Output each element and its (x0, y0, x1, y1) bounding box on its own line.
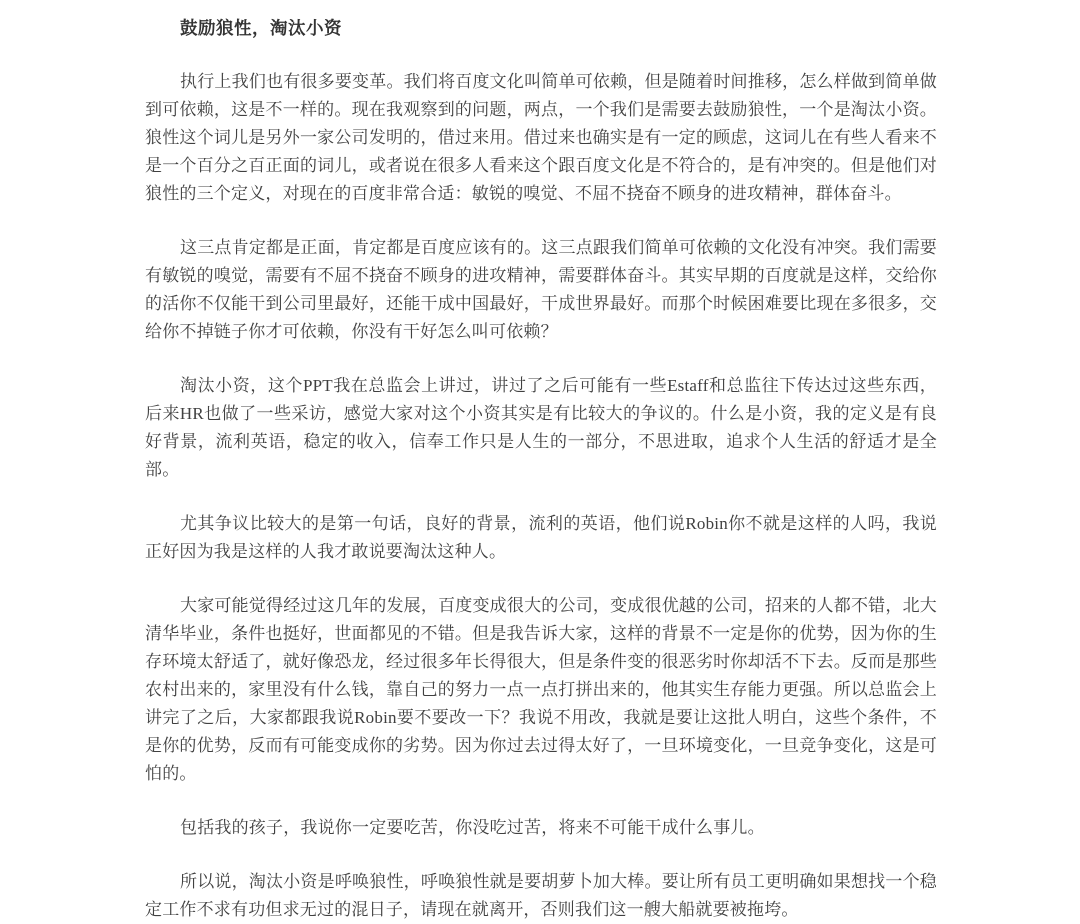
document-page: 鼓励狼性，淘汰小资 执行上我们也有很多要变革。我们将百度文化叫简单可依赖，但是随… (145, 14, 937, 884)
paragraph: 尤其争议比较大的是第一句话，良好的背景，流利的英语，他们说Robin你不就是这样… (145, 510, 937, 566)
paragraph: 这三点肯定都是正面，肯定都是百度应该有的。这三点跟我们简单可依赖的文化没有冲突。… (145, 234, 937, 346)
paragraph: 大家可能觉得经过这几年的发展，百度变成很大的公司，变成很优越的公司，招来的人都不… (145, 592, 937, 788)
paragraph: 执行上我们也有很多要变革。我们将百度文化叫简单可依赖，但是随着时间推移，怎么样做… (145, 68, 937, 208)
page-title: 鼓励狼性，淘汰小资 (145, 14, 937, 42)
paragraph: 所以说，淘汰小资是呼唤狼性，呼唤狼性就是要胡萝卜加大棒。要让所有员工更明确如果想… (145, 868, 937, 884)
paragraph: 淘汰小资，这个PPT我在总监会上讲过，讲过了之后可能有一些Estaff和总监往下… (145, 372, 937, 484)
paragraph: 包括我的孩子，我说你一定要吃苦，你没吃过苦，将来不可能干成什么事儿。 (145, 814, 937, 842)
